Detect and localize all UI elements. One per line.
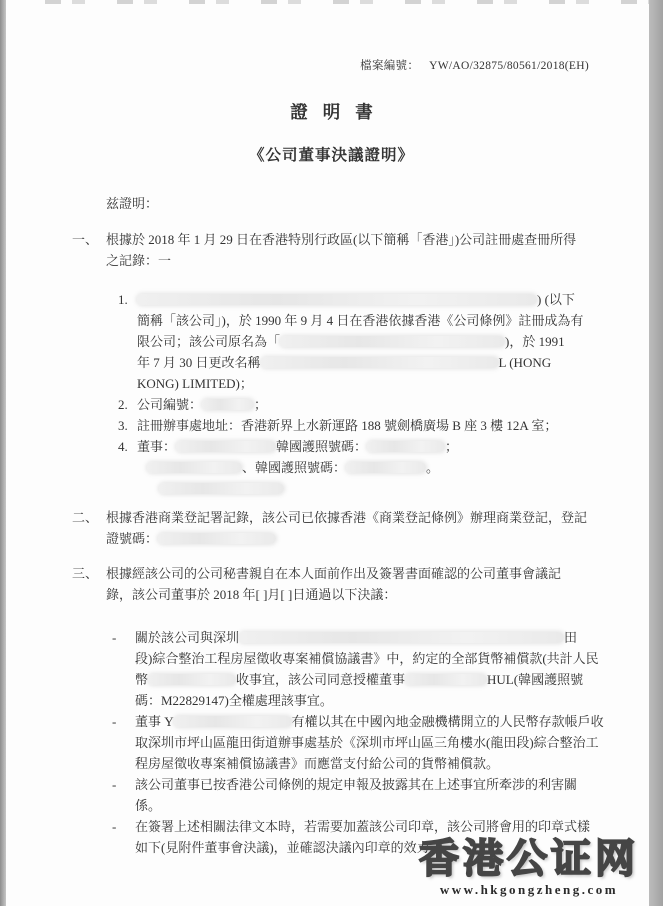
text-segment: 註冊辦事處地址：香港新界上水新運路 188 號劍橋廣場 B 座 3 樓 12A … [137,418,557,433]
redacted-text [147,462,242,473]
text-segment: 。 [426,460,439,475]
item-row: 1.) (以下簡稱「該公司」)，於 1990 年 9 月 4 日在香港依據香港《… [118,289,651,394]
item-row: 2.公司編號：； [118,394,651,415]
text-segment: KONG) LIMITED)； [137,376,253,391]
line [137,478,458,499]
text-segment: 董事 Y [135,714,174,729]
redacted-text [148,674,236,685]
text-segment: 如下(見附件董事會決議)，並確認決議內印章的效力。 [135,840,443,855]
text-segment: 韓國護照號碼： [276,439,367,454]
item-row: 4.董事：韓國護照號碼：；、韓國護照號碼：。 [118,436,651,499]
watermark-brand: 香港公证网 [411,837,647,881]
top-scan-artifact [45,0,649,4]
bullet-items: -關於該公司與深圳田段)綜合整治工程房屋徵收專案補償協議書》中，約定的全部貨幣補… [110,627,651,858]
line: 取深圳市坪山區龍田街道辦事處基於《深圳市坪山區三角樓水(龍田段)綜合整治工 [135,732,604,753]
redacted-text [239,632,564,643]
text-segment: 根據經該公司的公司秘書親自在本人面前作出及簽署書面確認的公司董事會議記 [106,566,561,581]
redacted-text [261,357,499,368]
redacted-text [158,533,276,544]
numbered-items: 1.) (以下簡稱「該公司」)，於 1990 年 9 月 4 日在香港依據香港《… [118,289,651,499]
text-segment: 田 [564,630,577,645]
item-body: 公司編號：； [137,394,267,415]
line: 註冊辦事處地址：香港新界上水新運路 188 號劍橋廣場 B 座 3 樓 12A … [137,415,557,436]
bullet-row: -關於該公司與深圳田段)綜合整治工程房屋徵收專案補償協議書》中，約定的全部貨幣補… [110,627,651,711]
line: 、韓國護照號碼：。 [137,457,458,478]
text-segment: 段)綜合整治工程房屋徵收專案補償協議書》中，約定的全部貨幣補償款(共計人民 [135,651,599,666]
text-segment: 證號碼： [106,531,158,546]
text-segment: L (HONG [499,355,552,370]
line: 簡稱「該公司」)，於 1990 年 9 月 4 日在香港依據香港《公司條例》註冊… [137,310,583,331]
line: 根據經該公司的公司秘書親自在本人面前作出及簽署書面確認的公司董事會議記 [106,563,651,584]
text-segment: 董事： [137,439,176,454]
line: 程房屋徵收專案補償協議書》而應當支付給公司的貨幣補償款。 [135,753,604,774]
section-body: 根據經該公司的公司秘書親自在本人面前作出及簽署書面確認的公司董事會議記錄，該公司… [106,563,651,858]
line: 董事：韓國護照號碼：； [137,436,458,457]
doc-subtitle: 《公司董事決議證明》 [0,145,663,167]
redacted-text [137,294,537,305]
line: 碼：M22829147)全權處理該事宜。 [135,690,599,711]
text-segment: ； [445,439,458,454]
redacted-text [367,441,445,452]
item-number: 3. [118,415,137,436]
text-segment: 公司編號： [137,397,202,412]
item-body: 董事：韓國護照號碼：；、韓國護照號碼：。 [137,436,458,499]
item-number: 4. [118,436,137,499]
section-body: 根據香港商業登記署記錄，該公司已依據香港《商業登記條例》辦理商業登記，登記證號碼… [106,507,651,549]
text-segment: 年 7 月 30 日更改名稱 [137,355,261,370]
item-body: ) (以下簡稱「該公司」)，於 1990 年 9 月 4 日在香港依據香港《公司… [137,289,583,394]
text-segment: 在簽署上述相關法律文本時，若需要加蓋該公司印章，該公司將會用的印章式樣 [135,819,590,834]
line: ) (以下 [137,289,583,310]
section-row: 三、根據經該公司的公司秘書親自在本人面前作出及簽署書面確認的公司董事會議記錄，該… [72,563,663,858]
line: 該公司董事已按香港公司條例的規定申報及披露其在上述事宜所牽涉的利害關 [135,774,577,795]
line: KONG) LIMITED)； [137,373,583,394]
watermark-url: www.hkgongzheng.com [411,882,647,898]
line: 關於該公司與深圳田 [135,627,599,648]
text-segment: 程房屋徵收專案補償協議書》而應當支付給公司的貨幣補償款。 [135,756,499,771]
text-segment: HUL(韓國護照號 [487,672,583,687]
bullet-row: -該公司董事已按香港公司條例的規定申報及披露其在上述事宜所牽涉的利害關係。 [110,774,651,816]
section-label: 一、 [72,229,106,499]
sections: 一、根據於 2018 年 1 月 29 日在香港特別行政區(以下簡稱「香港」)公… [0,229,663,858]
bullet-body: 董事 Y有權以其在中國內地金融機構開立的人民幣存款帳戶收取深圳市坪山區龍田街道辦… [135,711,604,774]
text-segment: 有權以其在中國內地金融機構開立的人民幣存款帳戶收 [292,714,604,729]
text-segment: 收事宜，該公司同意授權董事 [236,672,405,687]
bullet-body: 該公司董事已按香港公司條例的規定申報及披露其在上述事宜所牽涉的利害關係。 [135,774,577,816]
line: 之記錄：一 [106,250,651,271]
line: 限公司；該公司原名為「)，於 1991 [137,331,583,352]
line: 年 7 月 30 日更改名稱L (HONG [137,352,583,373]
doc-title: 證明書 [0,100,663,125]
file-number-line: 檔案編號：YW/AO/32875/80561/2018(EH) [0,0,663,73]
redacted-text [159,483,284,494]
item-number: 2. [118,394,137,415]
text-segment: 係。 [135,798,161,813]
text-segment: 根據於 2018 年 1 月 29 日在香港特別行政區(以下簡稱「香港」)公司註… [106,232,576,247]
line: 根據於 2018 年 1 月 29 日在香港特別行政區(以下簡稱「香港」)公司註… [106,229,651,250]
bullet-marker: - [110,711,135,774]
line: 幣收事宜，該公司同意授權董事HUL(韓國護照號 [135,669,599,690]
text-segment: 關於該公司與深圳 [135,630,239,645]
redacted-text [176,441,276,452]
text-segment: 之記錄：一 [106,253,171,268]
text-segment: 、韓國護照號碼： [242,460,346,475]
line: 公司編號：； [137,394,267,415]
line: 錄，該公司董事於 2018 年[ ]月[ ]日通過以下決議： [106,584,651,605]
redacted-text [174,716,292,727]
text-segment: 錄，該公司董事於 2018 年[ ]月[ ]日通過以下決議： [106,587,396,602]
item-number: 1. [118,289,137,394]
file-number-label: 檔案編號： [360,60,419,72]
section-label: 三、 [72,563,106,858]
text-segment: 碼：M22829147)全權處理該事宜。 [135,693,333,708]
bullet-marker: - [110,816,135,858]
text-segment: ； [254,397,267,412]
bullet-marker: - [110,627,135,711]
text-segment: 該公司董事已按香港公司條例的規定申報及披露其在上述事宜所牽涉的利害關 [135,777,577,792]
left-scan-edge [0,0,6,906]
bullet-marker: - [110,774,135,816]
text-segment: 簡稱「該公司」)，於 1990 年 9 月 4 日在香港依據香港《公司條例》註冊… [137,313,583,328]
redacted-text [405,674,487,685]
right-scan-edge [649,0,663,906]
section-row: 一、根據於 2018 年 1 月 29 日在香港特別行政區(以下簡稱「香港」)公… [72,229,663,499]
redacted-text [202,399,254,410]
line: 係。 [135,795,577,816]
text-segment: ) (以下 [537,292,575,307]
line: 根據香港商業登記署記錄，該公司已依據香港《商業登記條例》辦理商業登記，登記 [106,507,651,528]
bullet-row: -董事 Y有權以其在中國內地金融機構開立的人民幣存款帳戶收取深圳市坪山區龍田街道… [110,711,651,774]
text-segment: 限公司；該公司原名為「 [137,334,280,349]
text-segment: 根據香港商業登記署記錄，該公司已依據香港《商業登記條例》辦理商業登記，登記 [106,510,587,525]
watermark: 香港公证网 www.hkgongzheng.com [411,837,647,898]
document-page: 檔案編號：YW/AO/32875/80561/2018(EH) 證明書 《公司董… [0,0,663,906]
section-row: 二、根據香港商業登記署記錄，該公司已依據香港《商業登記條例》辦理商業登記，登記證… [72,507,663,549]
text-segment: )，於 1991 [505,334,565,349]
item-row: 3.註冊辦事處地址：香港新界上水新運路 188 號劍橋廣場 B 座 3 樓 12… [118,415,651,436]
redacted-text [280,336,505,347]
item-body: 註冊辦事處地址：香港新界上水新運路 188 號劍橋廣場 B 座 3 樓 12A … [137,415,557,436]
text-segment: 幣 [135,672,148,687]
section-body: 根據於 2018 年 1 月 29 日在香港特別行政區(以下簡稱「香港」)公司註… [106,229,651,499]
line: 在簽署上述相關法律文本時，若需要加蓋該公司印章，該公司將會用的印章式樣 [135,816,590,837]
line: 段)綜合整治工程房屋徵收專案補償協議書》中，約定的全部貨幣補償款(共計人民 [135,648,599,669]
intro-text: 兹證明： [106,193,663,214]
file-number-value: YW/AO/32875/80561/2018(EH) [429,60,589,72]
line: 董事 Y有權以其在中國內地金融機構開立的人民幣存款帳戶收 [135,711,604,732]
text-segment: 取深圳市坪山區龍田街道辦事處基於《深圳市坪山區三角樓水(龍田段)綜合整治工 [135,735,599,750]
redacted-text [346,462,426,473]
section-label: 二、 [72,507,106,549]
bullet-body: 關於該公司與深圳田段)綜合整治工程房屋徵收專案補償協議書》中，約定的全部貨幣補償… [135,627,599,711]
line: 證號碼： [106,528,651,549]
